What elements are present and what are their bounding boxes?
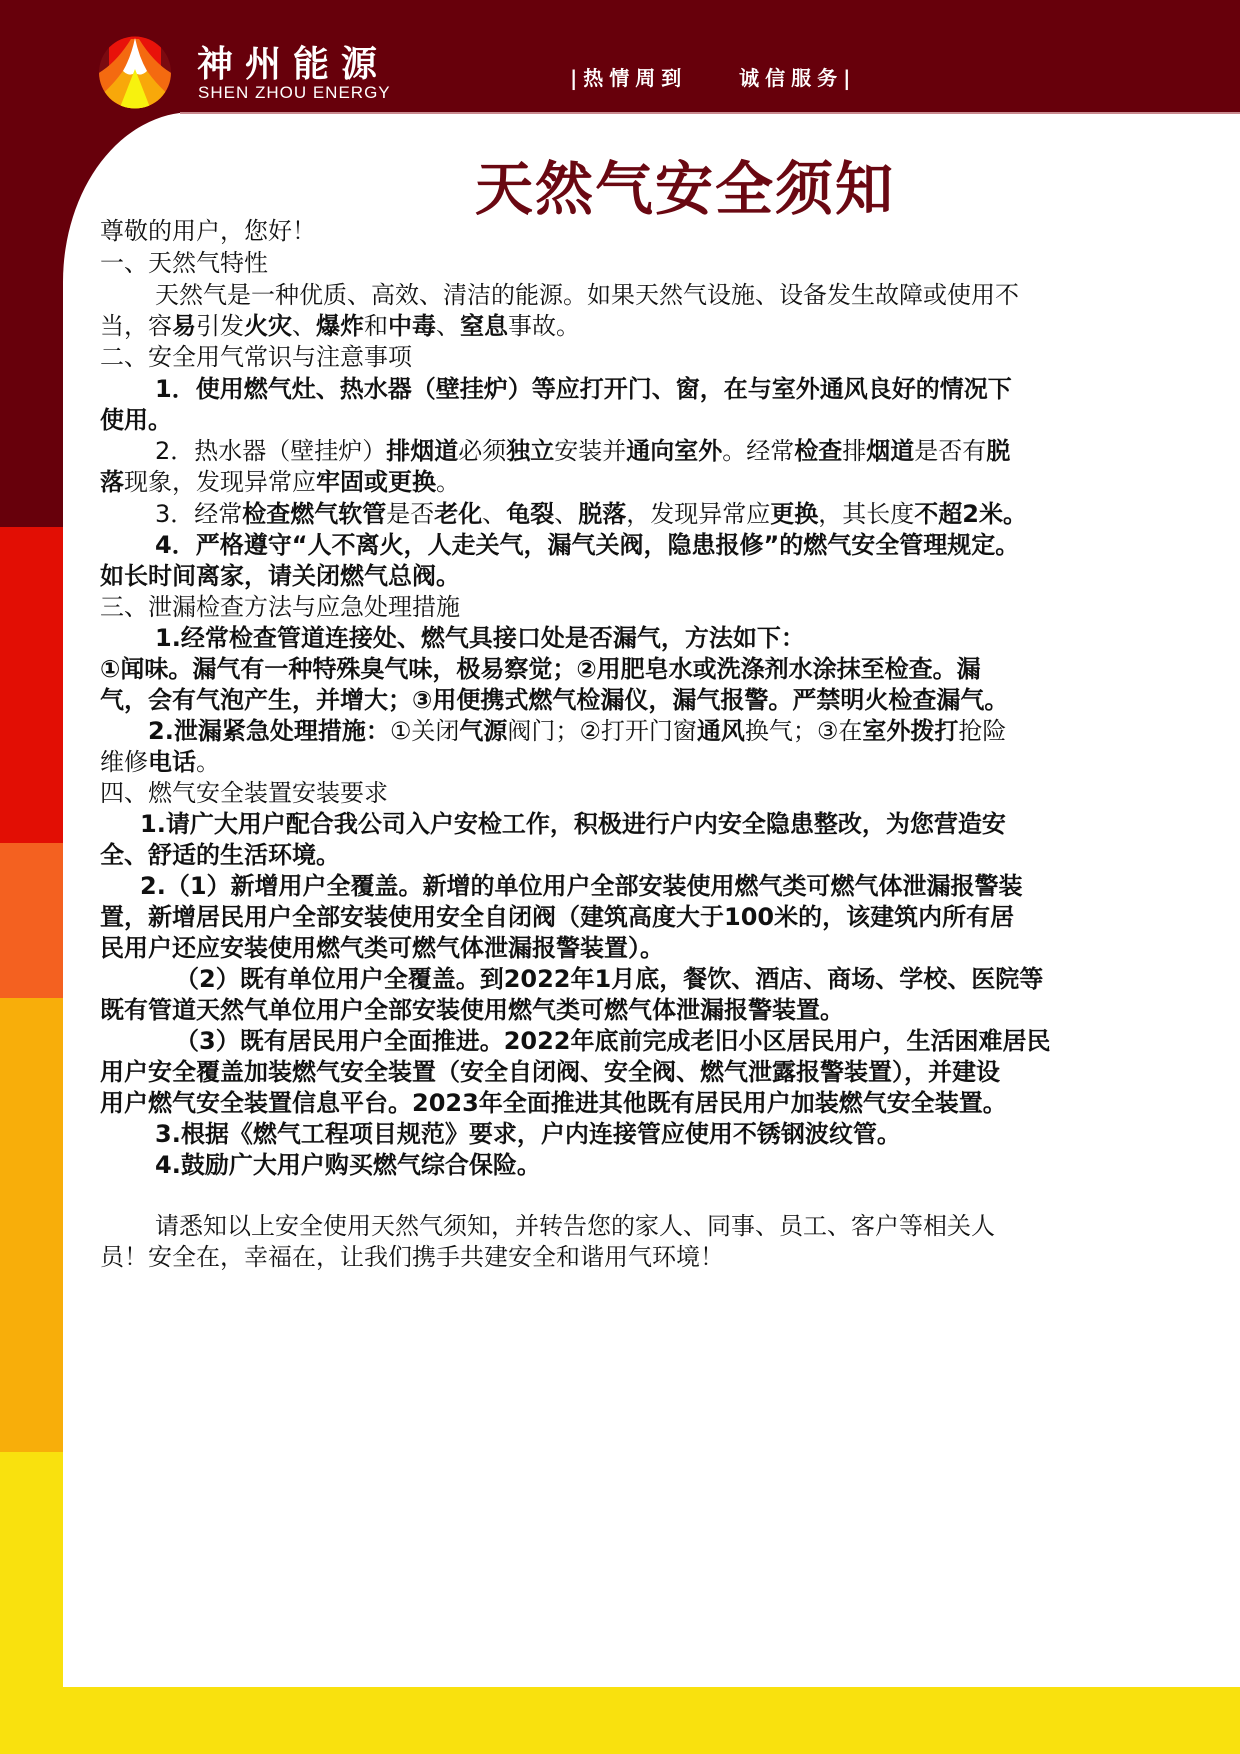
bold-text: 排烟道 (386, 437, 458, 465)
bold-text: 2.（1）新增用户全覆盖。新增的单位用户全部安装使用燃气类可燃气体泄漏报警装 (140, 872, 1023, 900)
text-line: 请悉知以上安全使用天然气须知，并转告您的家人、同事、员工、客户等相关人 (155, 1211, 995, 1241)
text: 天然气是一种优质、高效、清洁的能源。如果天然气设施、设备发生故障或使用不 (155, 281, 1019, 309)
text: 。经常 (722, 437, 794, 465)
text: 四、燃气安全装置安装要求 (100, 779, 388, 807)
text-line: 置，新增居民用户全部安装使用安全自闭阀（建筑高度大于100米的，该建筑内所有居 (100, 902, 1014, 932)
text: 阀门；②打开门窗 (507, 717, 697, 745)
text: 换气；③在 (745, 717, 863, 745)
text-line: 维修电话。 (100, 747, 220, 777)
text: 3．经常 (155, 500, 242, 528)
text: 是否有 (914, 437, 986, 465)
bold-text: 不超2米。 (914, 500, 1027, 528)
text-line: ①闻味。漏气有一种特殊臭气味，极易察觉；②用肥皂水或洗涤剂水涂抹至检查。漏 (100, 654, 981, 684)
text: 是否 (386, 500, 434, 528)
bold-text: 易 (172, 312, 196, 340)
text-line: 3.根据《燃气工程项目规范》要求，户内连接管应使用不锈钢波纹管。 (155, 1119, 901, 1149)
bold-text: 2.泄漏紧急处理措施： (148, 717, 390, 745)
left-stripe-red (0, 527, 63, 843)
text-line: 用户安全覆盖加装燃气安全装置（安全自闭阀、安全阀、燃气泄露报警装置），并建设 (100, 1057, 1000, 1087)
text: 员！安全在，幸福在，让我们携手共建安全和谐用气环境！ (100, 1243, 724, 1271)
flame-logo-icon (95, 35, 175, 110)
bold-text: 脱 (986, 437, 1010, 465)
text-line: 一、天然气特性 (100, 248, 268, 278)
bold-text: 1.经常检查管道连接处、燃气具接口处是否漏气，方法如下： (155, 624, 805, 652)
bold-text: 4．严格遵守“人不离火，人走关气，漏气关阀，隐患报修”的燃气安全管理规定。 (155, 531, 1019, 559)
text-line: 如长时间离家，请关闭燃气总阀。 (100, 561, 460, 591)
text: 和 (364, 312, 388, 340)
bold-text: 老化 (434, 500, 482, 528)
text-line: 全、舒适的生活环境。 (100, 840, 340, 870)
bold-text: ①闻味。漏气有一种特殊臭气味，极易察觉；②用肥皂水或洗涤剂水涂抹至检查。漏 (100, 655, 981, 683)
left-stripe-maroon (0, 0, 63, 527)
bold-text: 置，新增居民用户全部安装使用安全自闭阀（建筑高度大于100米的，该建筑内所有居 (100, 903, 1014, 931)
header-divider (180, 112, 1240, 114)
bold-text: 4.鼓励广大用户购买燃气综合保险。 (155, 1151, 541, 1179)
slogan: |热情周到 诚信服务| (570, 62, 856, 91)
text-line: 四、燃气安全装置安装要求 (100, 778, 388, 808)
bold-text: 气源 (459, 717, 507, 745)
text: 排 (842, 437, 866, 465)
bold-text: 如长时间离家，请关闭燃气总阀。 (100, 562, 460, 590)
bold-text: 用户燃气安全装置信息平台。2023年全面推进其他既有居民用户加装燃气安全装置。 (100, 1089, 1007, 1117)
text: 维修 (100, 748, 148, 776)
text: 一、天然气特性 (100, 249, 268, 277)
text: 安装并 (554, 437, 626, 465)
text-line: 1.请广大用户配合我公司入户安检工作，积极进行户内安全隐患整改，为您营造安 (140, 809, 1006, 839)
text: 。 (196, 748, 220, 776)
text: 事故。 (508, 312, 580, 340)
bold-text: 用户安全覆盖加装燃气安全装置（安全自闭阀、安全阀、燃气泄露报警装置），并建设 (100, 1058, 1000, 1086)
bold-text: （2）既有单位用户全覆盖。到2022年1月底，餐饮、酒店、商场、学校、医院等 (175, 965, 1043, 993)
text-line: 当，容易引发火灾、爆炸和中毒、窒息事故。 (100, 311, 580, 341)
text: 三、泄漏检查方法与应急处理措施 (100, 593, 460, 621)
bold-text: 火灾 (244, 312, 292, 340)
bottom-band (0, 1687, 1240, 1754)
text-line: 4.鼓励广大用户购买燃气综合保险。 (155, 1150, 541, 1180)
text-line: 用户燃气安全装置信息平台。2023年全面推进其他既有居民用户加装燃气安全装置。 (100, 1088, 1007, 1118)
bold-text: 使用。 (100, 406, 172, 434)
text: 抢险 (958, 717, 1006, 745)
text-line: 2．热水器（壁挂炉）排烟道必须独立安装并通向室外。经常检查排烟道是否有脱 (155, 436, 1010, 466)
text: 现象，发现异常应 (124, 468, 316, 496)
left-stripe-amber (0, 998, 63, 1452)
bold-text: 通风 (697, 717, 745, 745)
bold-text: 检查 (794, 437, 842, 465)
text-line: 4．严格遵守“人不离火，人走关气，漏气关阀，隐患报修”的燃气安全管理规定。 (155, 530, 1019, 560)
text: 请悉知以上安全使用天然气须知，并转告您的家人、同事、员工、客户等相关人 (155, 1212, 995, 1240)
page-title: 天然气安全须知 (0, 142, 1240, 226)
bold-text: 3.根据《燃气工程项目规范》要求，户内连接管应使用不锈钢波纹管。 (155, 1120, 901, 1148)
text-line: 2.泄漏紧急处理措施：①关闭气源阀门；②打开门窗通风换气；③在室外拨打抢险 (148, 716, 1006, 746)
bold-text: 民用户还应安装使用燃气类可燃气体泄漏报警装置）。 (100, 934, 664, 962)
bold-text: 室外拨打 (862, 717, 958, 745)
text-line: 2.（1）新增用户全覆盖。新增的单位用户全部安装使用燃气类可燃气体泄漏报警装 (140, 871, 1023, 901)
bold-text: 中毒 (388, 312, 436, 340)
text: 。 (436, 468, 460, 496)
text-line: 1.经常检查管道连接处、燃气具接口处是否漏气，方法如下： (155, 623, 805, 653)
bold-text: 更换 (770, 500, 818, 528)
bold-text: 落 (100, 468, 124, 496)
header-band (0, 0, 1240, 112)
text-line: 尊敬的用户，您好！ (100, 216, 316, 246)
text: ，其长度 (818, 500, 914, 528)
bold-text: （3）既有居民用户全面推进。2022年底前完成老旧小区居民用户，生活困难居民 (175, 1027, 1051, 1055)
bold-text: 全、舒适的生活环境。 (100, 841, 340, 869)
bold-text: 牢固或更换 (316, 468, 436, 496)
brand-name-en: SHEN ZHOU ENERGY (198, 83, 391, 103)
text-line: 三、泄漏检查方法与应急处理措施 (100, 592, 460, 622)
bold-text: 龟裂 (506, 500, 554, 528)
text: 引发 (196, 312, 244, 340)
text-line: （2）既有单位用户全覆盖。到2022年1月底，餐饮、酒店、商场、学校、医院等 (175, 964, 1043, 994)
text-line: 既有管道天然气单位用户全部安装使用燃气类可燃气体泄漏报警装置。 (100, 995, 844, 1025)
text-line: 天然气是一种优质、高效、清洁的能源。如果天然气设施、设备发生故障或使用不 (155, 280, 1019, 310)
text: 必须 (458, 437, 506, 465)
text-line: 落现象，发现异常应牢固或更换。 (100, 467, 460, 497)
text: 、 (292, 312, 316, 340)
bold-text: 独立 (506, 437, 554, 465)
text-line: 员！安全在，幸福在，让我们携手共建安全和谐用气环境！ (100, 1242, 724, 1272)
bold-text: 既有管道天然气单位用户全部安装使用燃气类可燃气体泄漏报警装置。 (100, 996, 844, 1024)
bold-text: 爆炸 (316, 312, 364, 340)
bold-text: 烟道 (866, 437, 914, 465)
text-line: 使用。 (100, 405, 172, 435)
text: ①关闭 (390, 717, 460, 745)
brand-name-cn: 神州能源 (197, 36, 389, 87)
text: 、 (554, 500, 578, 528)
text-line: 二、安全用气常识与注意事项 (100, 342, 412, 372)
text-line: 气，会有气泡产生，并增大；③用便携式燃气检漏仪，漏气报警。严禁明火检查漏气。 (100, 685, 1008, 715)
text: ，发现异常应 (626, 500, 770, 528)
bold-text: 电话 (148, 748, 196, 776)
text: 、 (436, 312, 460, 340)
bold-text: 脱落 (578, 500, 626, 528)
text: 、 (482, 500, 506, 528)
bold-text: 1.请广大用户配合我公司入户安检工作，积极进行户内安全隐患整改，为您营造安 (140, 810, 1006, 838)
text-line: 民用户还应安装使用燃气类可燃气体泄漏报警装置）。 (100, 933, 664, 963)
text-line: 1．使用燃气灶、热水器（壁挂炉）等应打开门、窗，在与室外通风良好的情况下 (155, 374, 1012, 404)
bold-text: 通向室外 (626, 437, 722, 465)
text: 2．热水器（壁挂炉） (155, 437, 386, 465)
bold-text: 检查燃气软管 (242, 500, 386, 528)
text-line: 3．经常检查燃气软管是否老化、龟裂、脱落，发现异常应更换，其长度不超2米。 (155, 499, 1027, 529)
text: 二、安全用气常识与注意事项 (100, 343, 412, 371)
text: 尊敬的用户，您好！ (100, 217, 316, 245)
bold-text: 窒息 (460, 312, 508, 340)
text: 当，容 (100, 312, 172, 340)
left-stripe-orange (0, 843, 63, 998)
bold-text: 气，会有气泡产生，并增大；③用便携式燃气检漏仪，漏气报警。严禁明火检查漏气。 (100, 686, 1008, 714)
text-line: （3）既有居民用户全面推进。2022年底前完成老旧小区居民用户，生活困难居民 (175, 1026, 1051, 1056)
bold-text: 1．使用燃气灶、热水器（壁挂炉）等应打开门、窗，在与室外通风良好的情况下 (155, 375, 1012, 403)
